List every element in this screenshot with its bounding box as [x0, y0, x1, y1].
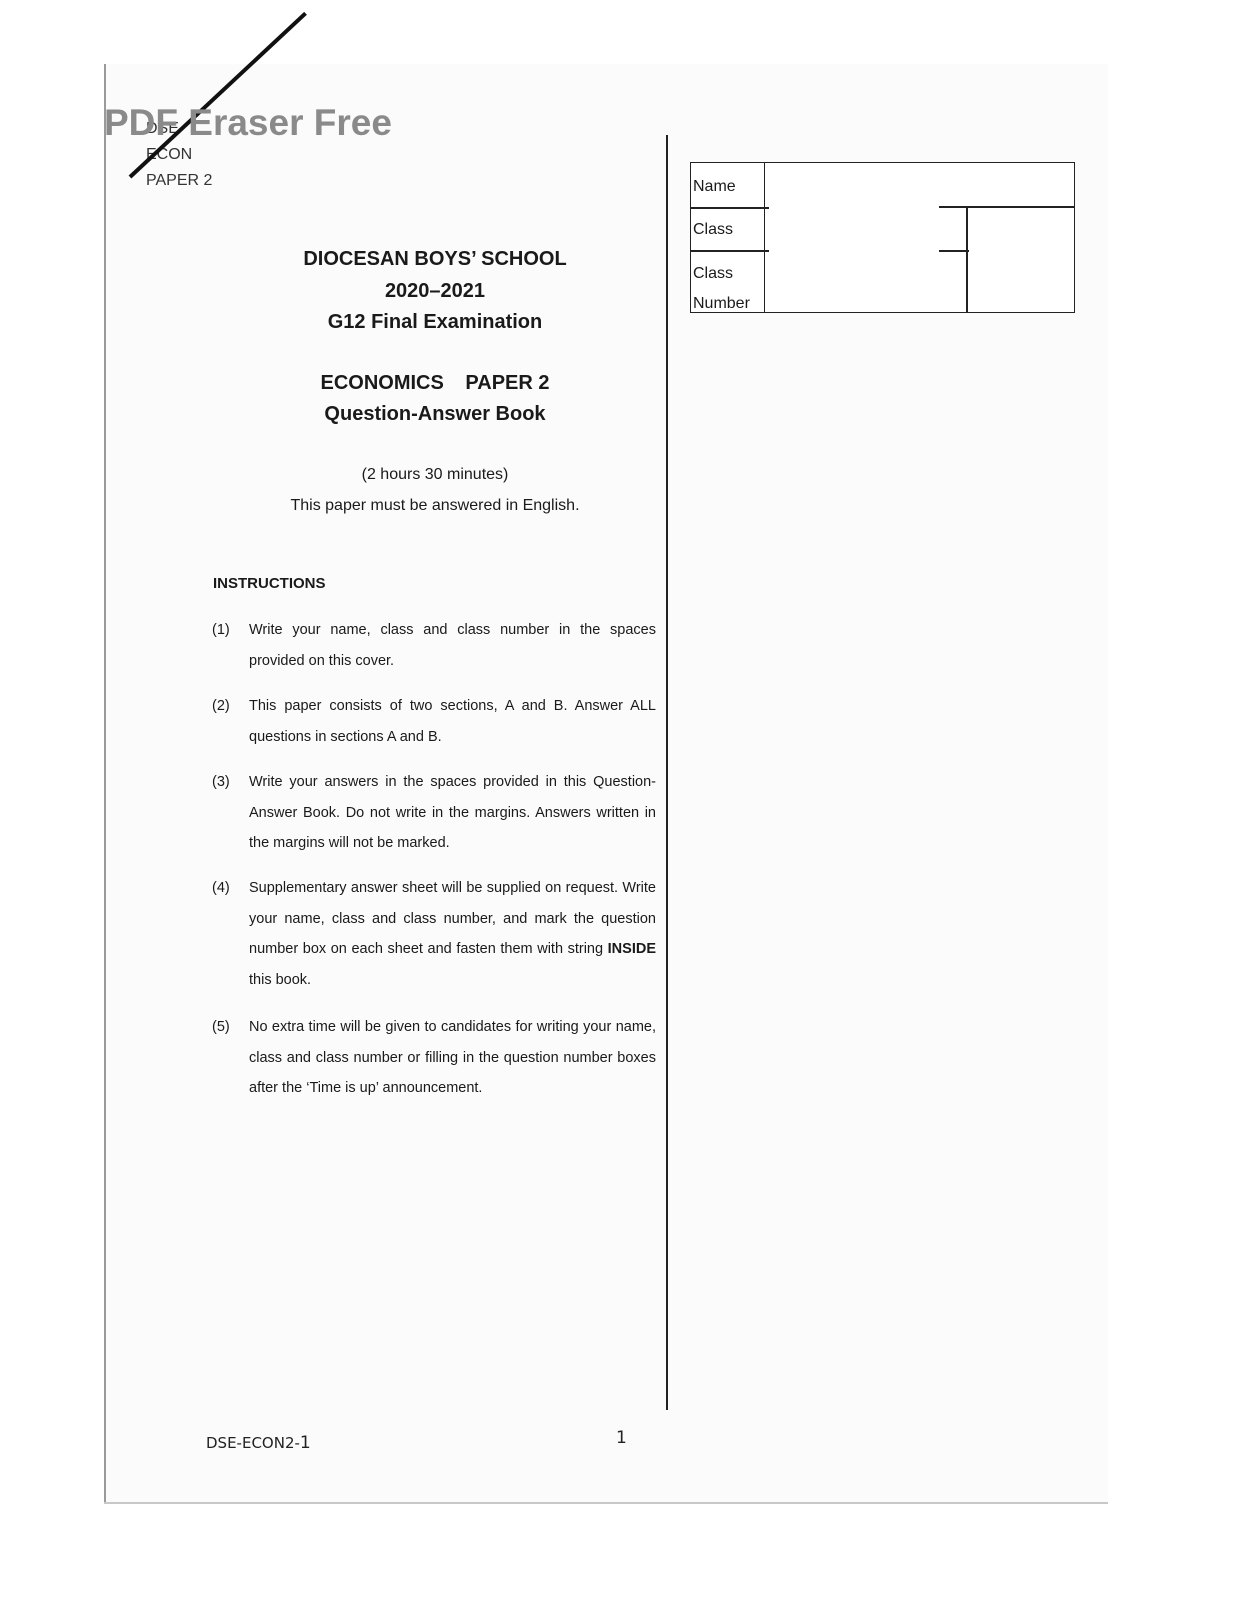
- instruction-item: (4) Supplementary answer sheet will be s…: [212, 873, 656, 995]
- subject-line: ECONOMICS PAPER 2: [200, 372, 670, 395]
- school-year: 2020–2021: [200, 280, 670, 303]
- class-number-label-line1: Class: [693, 259, 766, 289]
- instruction-text-after: this book.: [249, 972, 311, 988]
- book-title: Question-Answer Book: [200, 403, 670, 426]
- class-label: Class: [691, 221, 766, 239]
- form-rule: [691, 207, 769, 209]
- name-field[interactable]: [767, 165, 937, 205]
- form-rule: [966, 206, 968, 313]
- instruction-text-before: Supplementary answer sheet will be suppl…: [249, 880, 656, 957]
- form-rule: [939, 250, 969, 252]
- form-rule: [939, 206, 1074, 208]
- form-rule: [691, 250, 769, 252]
- school-name: DIOCESAN BOYS’ SCHOOL: [200, 248, 670, 271]
- exam-duration: (2 hours 30 minutes): [200, 466, 670, 484]
- instruction-text: This paper consists of two sections, A a…: [249, 691, 656, 752]
- page-number: 1: [616, 1428, 627, 1448]
- candidate-info-form: Name Class Class Number: [690, 162, 1075, 313]
- instructions-heading: INSTRUCTIONS: [213, 575, 326, 592]
- instruction-number: (5): [212, 1012, 230, 1043]
- instruction-number: (1): [212, 615, 230, 646]
- instruction-text: No extra time will be given to candidate…: [249, 1012, 656, 1104]
- instruction-item: (2) This paper consists of two sections,…: [212, 691, 656, 752]
- instruction-text: Write your name, class and class number …: [249, 615, 656, 676]
- instruction-number: (4): [212, 873, 230, 904]
- footer-code-suffix: 1: [300, 1433, 311, 1453]
- instruction-text-bold: INSIDE: [608, 941, 656, 957]
- blank-box: [969, 209, 1073, 311]
- subject-name: ECONOMICS: [320, 372, 443, 395]
- class-number-label-line2: Number: [693, 289, 766, 319]
- class-number-field[interactable]: [767, 253, 937, 311]
- code-line-paper: PAPER 2: [146, 168, 212, 194]
- instruction-text: Supplementary answer sheet will be suppl…: [249, 873, 656, 995]
- page-edge-bottom: [104, 1502, 1108, 1504]
- class-field[interactable]: [767, 209, 937, 249]
- paper-name: PAPER 2: [465, 372, 549, 395]
- name-label: Name: [691, 178, 766, 196]
- instruction-number: (3): [212, 767, 230, 798]
- paper-footer-code: DSE-ECON2-1: [206, 1433, 311, 1453]
- footer-code-prefix: DSE-ECON2-: [206, 1434, 300, 1452]
- language-note: This paper must be answered in English.: [200, 497, 670, 515]
- exam-title: G12 Final Examination: [200, 311, 670, 334]
- instruction-item: (1) Write your name, class and class num…: [212, 615, 656, 676]
- instruction-item: (5) No extra time will be given to candi…: [212, 1012, 656, 1104]
- class-number-label: Class Number: [691, 259, 766, 319]
- instruction-number: (2): [212, 691, 230, 722]
- instruction-item: (3) Write your answers in the spaces pro…: [212, 767, 656, 859]
- watermark: PDF Eraser Free: [104, 102, 392, 144]
- instruction-text: Write your answers in the spaces provide…: [249, 767, 656, 859]
- page-edge-left: [104, 64, 106, 1504]
